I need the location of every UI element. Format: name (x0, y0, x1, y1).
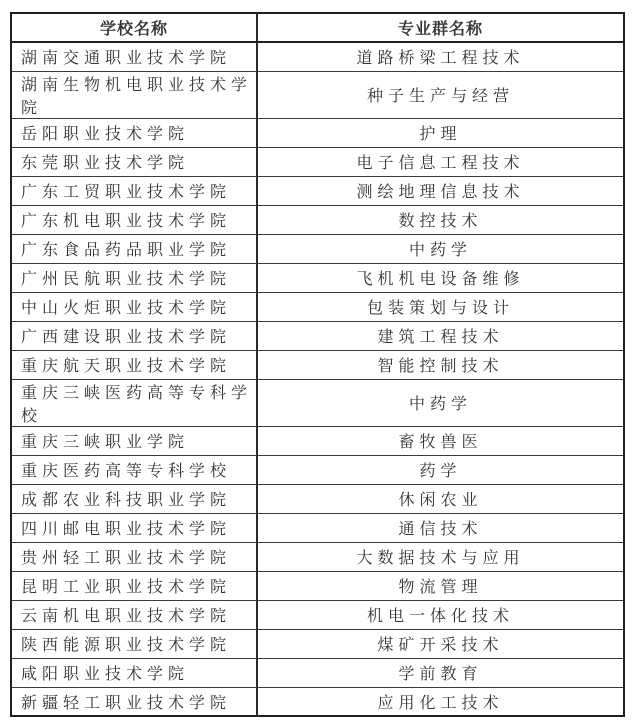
major-group-cell: 中药学 (257, 379, 624, 426)
school-name-cell: 广东工贸职业技术学院 (11, 176, 257, 205)
school-name-cell: 贵州轻工职业技术学院 (11, 542, 257, 571)
school-name-cell: 湖南生物机电职业技术学院 (11, 71, 257, 118)
header-row: 学校名称 专业群名称 (11, 13, 624, 42)
school-name-cell: 广州民航职业技术学院 (11, 263, 257, 292)
table-row: 四川邮电职业技术学院 通信技术 (11, 513, 624, 542)
table-row: 岳阳职业技术学院 护理 (11, 118, 624, 147)
school-name-cell: 重庆航天职业技术学院 (11, 350, 257, 379)
school-name-cell: 四川邮电职业技术学院 (11, 513, 257, 542)
table-row: 重庆医药高等专科学校 药学 (11, 455, 624, 484)
school-name-cell: 岳阳职业技术学院 (11, 118, 257, 147)
school-name-cell: 成都农业科技职业学院 (11, 484, 257, 513)
table-row: 咸阳职业技术学院 学前教育 (11, 658, 624, 687)
column-header-major: 专业群名称 (257, 13, 624, 42)
school-name-cell: 广西建设职业技术学院 (11, 321, 257, 350)
column-header-school: 学校名称 (11, 13, 257, 42)
major-group-cell: 煤矿开采技术 (257, 629, 624, 658)
major-group-cell: 电子信息工程技术 (257, 147, 624, 176)
school-name-cell: 中山火炬职业技术学院 (11, 292, 257, 321)
table-row: 新疆轻工职业技术学院 应用化工技术 (11, 687, 624, 716)
school-name-cell: 重庆三峡医药高等专科学校 (11, 379, 257, 426)
table-row: 贵州轻工职业技术学院 大数据技术与应用 (11, 542, 624, 571)
table-row: 广州民航职业技术学院 飞机机电设备维修 (11, 263, 624, 292)
table-row: 广东工贸职业技术学院 测绘地理信息技术 (11, 176, 624, 205)
table-row: 重庆航天职业技术学院 智能控制技术 (11, 350, 624, 379)
school-name-cell: 东莞职业技术学院 (11, 147, 257, 176)
major-group-cell: 学前教育 (257, 658, 624, 687)
table-row: 云南机电职业技术学院 机电一体化技术 (11, 600, 624, 629)
school-name-cell: 湖南交通职业技术学院 (11, 42, 257, 71)
table-row: 广东食品药品职业学院 中药学 (11, 234, 624, 263)
major-group-cell: 道路桥梁工程技术 (257, 42, 624, 71)
school-name-cell: 陕西能源职业技术学院 (11, 629, 257, 658)
major-group-cell: 护理 (257, 118, 624, 147)
major-group-cell: 中药学 (257, 234, 624, 263)
school-name-cell: 广东食品药品职业学院 (11, 234, 257, 263)
major-group-cell: 智能控制技术 (257, 350, 624, 379)
major-group-cell: 畜牧兽医 (257, 426, 624, 455)
school-name-cell: 重庆三峡职业学院 (11, 426, 257, 455)
table-row: 重庆三峡医药高等专科学校 中药学 (11, 379, 624, 426)
major-group-cell: 测绘地理信息技术 (257, 176, 624, 205)
school-name-cell: 重庆医药高等专科学校 (11, 455, 257, 484)
major-group-cell: 通信技术 (257, 513, 624, 542)
table-row: 东莞职业技术学院 电子信息工程技术 (11, 147, 624, 176)
table-row: 广西建设职业技术学院 建筑工程技术 (11, 321, 624, 350)
major-group-cell: 种子生产与经营 (257, 71, 624, 118)
school-name-cell: 咸阳职业技术学院 (11, 658, 257, 687)
table-row: 湖南生物机电职业技术学院 种子生产与经营 (11, 71, 624, 118)
major-group-cell: 机电一体化技术 (257, 600, 624, 629)
major-group-cell: 飞机机电设备维修 (257, 263, 624, 292)
major-group-cell: 休闲农业 (257, 484, 624, 513)
table-row: 广东机电职业技术学院 数控技术 (11, 205, 624, 234)
major-group-cell: 数控技术 (257, 205, 624, 234)
major-group-cell: 药学 (257, 455, 624, 484)
major-group-cell: 包装策划与设计 (257, 292, 624, 321)
school-name-cell: 昆明工业职业技术学院 (11, 571, 257, 600)
major-group-cell: 物流管理 (257, 571, 624, 600)
major-group-cell: 应用化工技术 (257, 687, 624, 716)
major-group-cell: 建筑工程技术 (257, 321, 624, 350)
table-row: 昆明工业职业技术学院 物流管理 (11, 571, 624, 600)
school-name-cell: 云南机电职业技术学院 (11, 600, 257, 629)
table-row: 成都农业科技职业学院 休闲农业 (11, 484, 624, 513)
school-name-cell: 新疆轻工职业技术学院 (11, 687, 257, 716)
table-body: 湖南交通职业技术学院 道路桥梁工程技术 湖南生物机电职业技术学院 种子生产与经营… (11, 42, 624, 716)
table-row: 重庆三峡职业学院 畜牧兽医 (11, 426, 624, 455)
school-major-table: 学校名称 专业群名称 湖南交通职业技术学院 道路桥梁工程技术 湖南生物机电职业技… (10, 12, 625, 717)
major-group-cell: 大数据技术与应用 (257, 542, 624, 571)
table-row: 中山火炬职业技术学院 包装策划与设计 (11, 292, 624, 321)
table-row: 湖南交通职业技术学院 道路桥梁工程技术 (11, 42, 624, 71)
table-row: 陕西能源职业技术学院 煤矿开采技术 (11, 629, 624, 658)
school-name-cell: 广东机电职业技术学院 (11, 205, 257, 234)
